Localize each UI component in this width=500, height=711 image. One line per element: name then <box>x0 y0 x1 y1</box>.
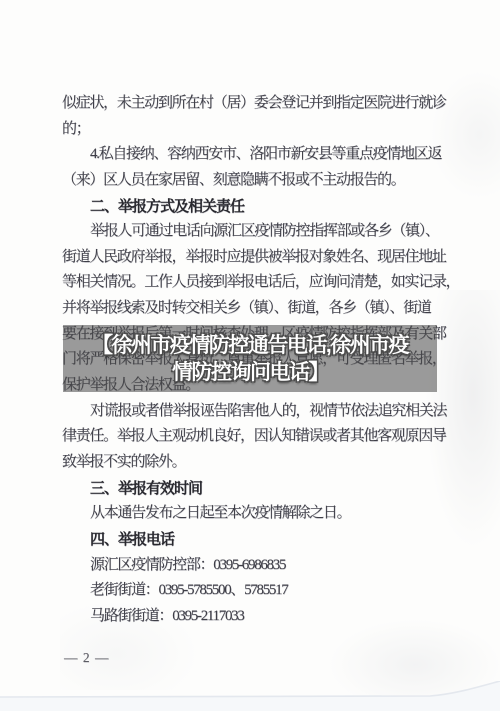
doc-line: 对谎报或者借举报诬告陷害他人的，视情节依法追究相关法 <box>62 399 446 425</box>
phone-line-laojie: 老街街道：0395-5785500、5785517 <box>62 578 446 604</box>
watermark-title-line1: 【徐州市疫情防控通告电话,徐州市疫 <box>92 332 408 359</box>
scanned-notice-page: 似症状，未主动到所在村（居）委会登记并到指定医院进行就诊 的； 4.私自接纳、容… <box>0 0 500 711</box>
page-number: — 2 — <box>64 650 110 666</box>
scan-blotch <box>330 620 500 710</box>
section-heading-4: 四、举报电话 <box>62 527 446 553</box>
section-heading-2: 二、举报方式及相关责任 <box>62 194 446 220</box>
doc-line: 等相关情况。工作人员接到举报电话后，应询问清楚，如实记录， <box>62 270 446 296</box>
doc-line: 律责任。举报人主观动机良好，因认知错误或者其他客观原因导 <box>62 424 446 450</box>
doc-line: 似症状，未主动到所在村（居）委会登记并到指定医院进行就诊 <box>62 91 446 117</box>
doc-line: 举报人可通过电话向源汇区疫情防控指挥部或各乡（镇）、 <box>62 219 446 245</box>
doc-line: 并将举报线索及时转交相关乡（镇）、街道，各乡（镇）、街道 <box>62 296 446 322</box>
doc-line: 街道人民政府举报，举报时应提供被举报对象姓名、现居住地址 <box>62 245 446 271</box>
scan-page-edge <box>0 681 500 711</box>
doc-line: 致举报不实的除外。 <box>62 450 446 476</box>
doc-line: 4.私自接纳、容纳西安市、洛阳市新安县等重点疫情地区返 <box>62 142 446 168</box>
watermark-title-band: 【徐州市疫情防控通告电话,徐州市疫 情防控询问电话】 <box>63 325 437 392</box>
doc-line: 从本通告发布之日起至本次疫情解除之日。 <box>62 501 446 527</box>
doc-line: （来）区人员在家居留、刻意隐瞒不报或不主动报告的。 <box>62 168 446 194</box>
doc-line: 的； <box>62 117 446 143</box>
watermark-title-line2: 情防控询问电话】 <box>172 359 328 386</box>
section-heading-3: 三、举报有效时间 <box>62 476 446 502</box>
phone-line-malujie: 马路街街道：0395-2117033 <box>62 604 446 630</box>
phone-line-district: 源汇区疫情防控部：0395-6986835 <box>62 553 446 579</box>
